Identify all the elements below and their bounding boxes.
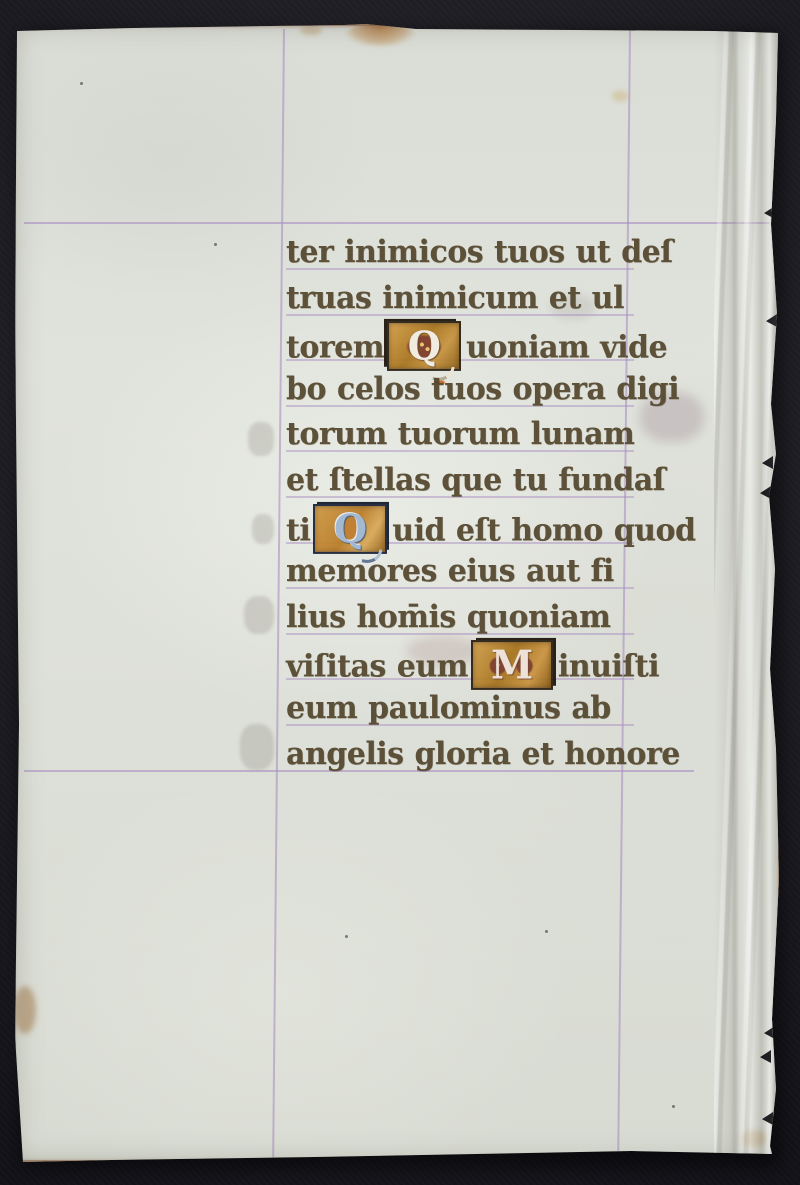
line-text: bo celos tuos opera digi (286, 371, 679, 407)
stain-left-edge (14, 986, 36, 1034)
dust-speck (345, 935, 348, 938)
line-text: ti (286, 512, 310, 548)
manuscript-line: memores eius aut fi (286, 549, 614, 597)
stain-top-small (300, 26, 322, 35)
line-text: viſitas eum (286, 649, 468, 685)
manuscript-line: angelis gloria et honore (286, 732, 680, 780)
ruled-line-top-full (24, 222, 770, 224)
manuscript-line: toremQuoniam vide (286, 321, 667, 369)
line-text: torum tuorum lunam (286, 417, 634, 453)
showthrough-mark (244, 596, 274, 634)
line-text: torem (286, 330, 384, 366)
manuscript-leaf: ter inimicos tuos ut deſtruas inimicum e… (14, 24, 780, 1162)
dust-speck (80, 82, 83, 85)
illuminated-initial-m: M (471, 640, 553, 690)
ruled-line-left-margin (272, 29, 285, 1159)
line-text: truas inimicum et ul (286, 280, 624, 316)
illuminated-initial-q: Q (313, 504, 387, 554)
manuscript-line: viſitas eumMinuiſti (286, 640, 659, 688)
line-text: angelis gloria et honore (286, 736, 680, 772)
manuscript-line: ter inimicos tuos ut deſ (286, 230, 673, 278)
foxing-spot-top-right (612, 90, 629, 102)
fold-highlight (731, 24, 740, 1162)
manuscript-line: eum paulominus ab (286, 686, 611, 734)
line-text: ter inimicos tuos ut deſ (286, 234, 673, 270)
illuminated-initial-q: Q (387, 321, 461, 371)
dust-speck (545, 930, 548, 933)
line-text: eum paulominus ab (286, 690, 611, 726)
line-text: lius hom̄is quoniam (286, 599, 610, 635)
manuscript-line: torum tuorum lunam (286, 412, 634, 460)
initial-letter: Q (389, 323, 459, 369)
manuscript-photo: ter inimicos tuos ut deſtruas inimicum e… (0, 0, 800, 1185)
line-text: uoniam vide (466, 330, 667, 366)
dust-speck (672, 1105, 675, 1108)
initial-letter: M (473, 642, 551, 688)
line-text: et ſtellas que tu fundaſ (286, 462, 665, 498)
manuscript-line: lius hom̄is quoniam (286, 595, 610, 643)
gutter-crease (714, 24, 780, 1162)
ruled-line-right-margin (617, 29, 631, 1159)
dust-speck (214, 243, 217, 246)
manuscript-line: truas inimicum et ul (286, 276, 624, 324)
showthrough-mark (252, 514, 274, 544)
manuscript-line: et ſtellas que tu fundaſ (286, 458, 665, 506)
manuscript-line: tiQuid eſt homo quod (286, 504, 695, 552)
initial-letter: Q (315, 506, 385, 552)
showthrough-mark (240, 724, 274, 770)
showthrough-mark (248, 422, 274, 456)
line-text: uid eſt homo quod (392, 512, 695, 548)
line-text: inuiſti (558, 649, 659, 685)
line-text: memores eius aut fi (286, 553, 614, 589)
manuscript-line: bo celos tuos opera digi (286, 367, 679, 415)
